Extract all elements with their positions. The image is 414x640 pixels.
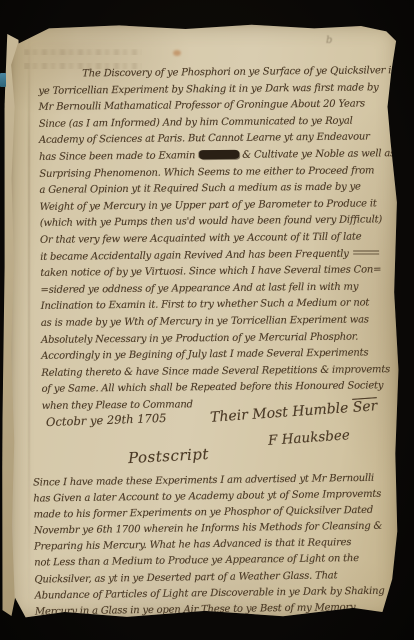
signature: F Hauksbee (268, 427, 351, 449)
manuscript-page: b The Discovery of ye Phosphori on ye Su… (10, 23, 400, 621)
line-text: it became Accidentally again Revived And… (40, 248, 349, 262)
salutation-abbreviation: Ser (352, 398, 378, 416)
photo-scene: b The Discovery of ye Phosphori on ye Su… (0, 0, 414, 640)
line-text-after-blot: & Cultivate ye Noble as well as (242, 148, 395, 161)
photograph-background: { "photo": { "background_color": "#0a080… (0, 0, 414, 640)
blue-tab-marker (0, 73, 6, 87)
struck-out-word (353, 248, 379, 256)
date-line: Octobr ye 29th 1705 (46, 411, 167, 429)
letter-body: The Discovery of ye Phosphori on ye Surf… (38, 63, 398, 415)
rust-stain (173, 50, 181, 56)
postscript-title: Postscript (128, 445, 210, 467)
ink-blot-strikeout (199, 150, 239, 159)
fold-crease (28, 33, 30, 613)
corner-mark: b (326, 36, 332, 46)
postscript-body: Since I have made these Experiments I am… (33, 470, 399, 620)
line-text-before-blot: has Since been made to Examin (39, 150, 195, 163)
